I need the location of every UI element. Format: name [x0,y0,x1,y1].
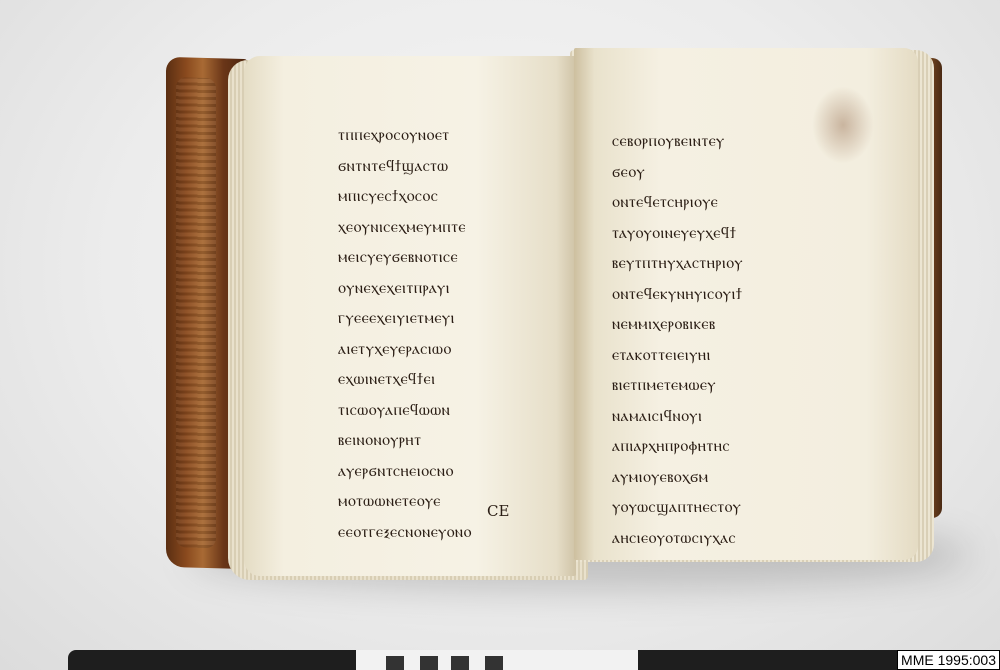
text-line: ⲁⲡⲓⲁⲣⲭⲏⲡⲣⲟⲫⲏⲧⲏⲥ [612,431,743,462]
text-line: ⲉⲧⲁⲕⲟⲧⲧⲉⲓⲉⲓⲩⲏⲓ [612,340,743,371]
scale-tick [485,656,503,670]
right-page-text: ⲥⲉⲃⲟⲣⲡⲟⲩⲃⲉⲓⲛⲧⲉⲩ ϭⲉⲟⲩ ⲟⲛⲧⲉϥⲉⲧⲥⲏⲣⲓⲟⲩⲉ ⲧⲁⲩⲟ… [612,126,743,553]
left-page-text: ⲧⲡⲡⲉⲭⲣⲟⲥⲟⲩⲛⲟⲉⲧ ϭⲛⲧⲛⲧⲉϥϯϣⲁⲥⲧⲱ ⲙⲡⲓⲥⲩⲉⲥϯⲭⲟⲥ… [338,120,472,547]
folio-number: CE [487,502,509,520]
text-line: ⲧⲡⲡⲉⲭⲣⲟⲥⲟⲩⲛⲟⲉⲧ [338,120,472,151]
text-line: ⲃⲉⲓⲛⲟⲛⲟⲩⲣⲏⲧ [338,425,472,456]
text-line: ⲧⲓⲥⲱⲟⲩⲁⲡⲉϥⲱⲱⲛ [338,395,472,426]
text-line: ⲟⲛⲧⲉϥⲉⲕⲩⲛⲏⲩⲓⲥⲟⲩⲓϯ [612,279,743,310]
scale-segment-black [68,650,356,670]
text-line: ⲛⲉⲙⲙⲓⲭⲉⲣⲟⲃⲓⲕⲉⲃ [612,309,743,340]
text-line: ⲉⲉⲟⲧⲅⲉⲝⲉⲥⲛⲟⲛⲉⲩⲟⲛⲟ [338,517,472,548]
page-stain [812,86,874,164]
text-line: ⲙⲉⲓⲥⲩⲉⲩϭⲉⲃⲛⲟⲧⲓⲥⲉ [338,242,472,273]
text-line: ϭⲛⲧⲛⲧⲉϥϯϣⲁⲥⲧⲱ [338,151,472,182]
scale-bar [68,650,900,670]
text-line: ⲙⲡⲓⲥⲩⲉⲥϯⲭⲟⲥⲟⲥ [338,181,472,212]
scale-tick [420,656,438,670]
text-line: ⲧⲁⲩⲟⲩⲟⲓⲛⲉⲩⲉⲩⲭⲉϥϯ [612,218,743,249]
scale-tick [451,656,469,670]
text-line: ⲟⲛⲧⲉϥⲉⲧⲥⲏⲣⲓⲟⲩⲉ [612,187,743,218]
text-line: ⲩⲟⲩⲱⲥϣⲁⲡⲧⲏⲉⲥⲧⲟⲩ [612,492,743,523]
text-line: ⲥⲉⲃⲟⲣⲡⲟⲩⲃⲉⲓⲛⲧⲉⲩ [612,126,743,157]
text-line: ϭⲉⲟⲩ [612,157,743,188]
text-line: ⲉⲭⲱⲓⲛⲉⲧⲭⲉϥϯⲉⲓ [338,364,472,395]
text-line: ⲁⲩⲉⲣϭⲛⲧⲥⲏⲉⲓⲟⲥⲛⲟ [338,456,472,487]
text-line: ⲙⲟⲧⲱⲱⲛⲉⲧⲉⲟⲩⲉ [338,486,472,517]
text-line: ⲁⲏⲥⲓⲉⲟⲩⲟⲧⲱⲥⲓⲩⲭⲁⲥ [612,523,743,554]
text-line: ⲁⲩⲙⲓⲟⲩⲉⲃⲟⲭϭⲙ [612,462,743,493]
catalog-number-label: MME 1995:003 [897,650,1000,670]
text-line: ⲁⲓⲉⲧⲩⲭⲉⲩⲉⲣⲁⲥⲓⲱⲟ [338,334,472,365]
text-line: ⲅⲩⲉⲉⲉⲭⲉⲓⲩⲓⲉⲧⲙⲉⲩⲓ [338,303,472,334]
scale-segment-black [638,650,900,670]
text-line: ⲃⲓⲉⲧⲡⲙⲉⲧⲉⲙⲱⲉⲩ [612,370,743,401]
text-line: ⲭⲉⲟⲩⲛⲓⲥⲉⲭⲙⲉⲩⲙⲡⲧⲉ [338,212,472,243]
scale-tick [386,656,404,670]
text-line: ⲛⲁⲙⲁⲓⲥⲓϥⲛⲟⲩⲓ [612,401,743,432]
text-line: ⲃⲉⲩⲧⲡⲧⲏⲩⲭⲁⲥⲧⲏⲣⲓⲟⲩ [612,248,743,279]
text-line: ⲟⲩⲛⲉⲭⲉⲭⲉⲓⲧⲡⲣⲁⲩⲓ [338,273,472,304]
